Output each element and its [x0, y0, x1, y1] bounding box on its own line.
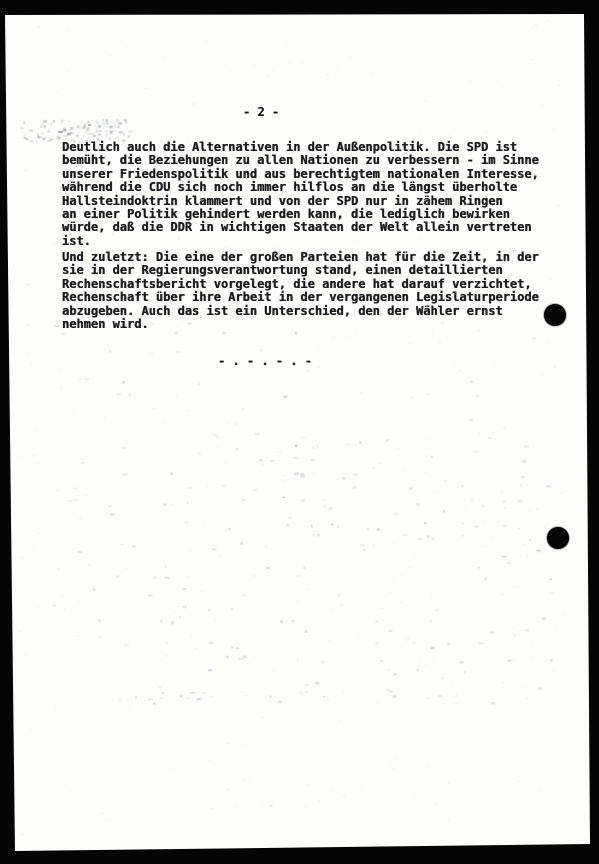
hole-punch-mark-bottom [547, 527, 569, 549]
hole-punch-mark-top [544, 304, 566, 326]
paragraph-foreign-policy: Deutlich auch die Alternativen in der Au… [62, 141, 539, 248]
document-page [0, 0, 599, 864]
paragraph-accountability: Und zuletzt: Die eine der großen Parteie… [62, 251, 539, 331]
scanned-document: - 2 - Deutlich auch die Alternativen in … [0, 0, 599, 864]
page-number: - 2 - [243, 106, 279, 119]
section-separator: - . - . - . - [218, 355, 312, 368]
